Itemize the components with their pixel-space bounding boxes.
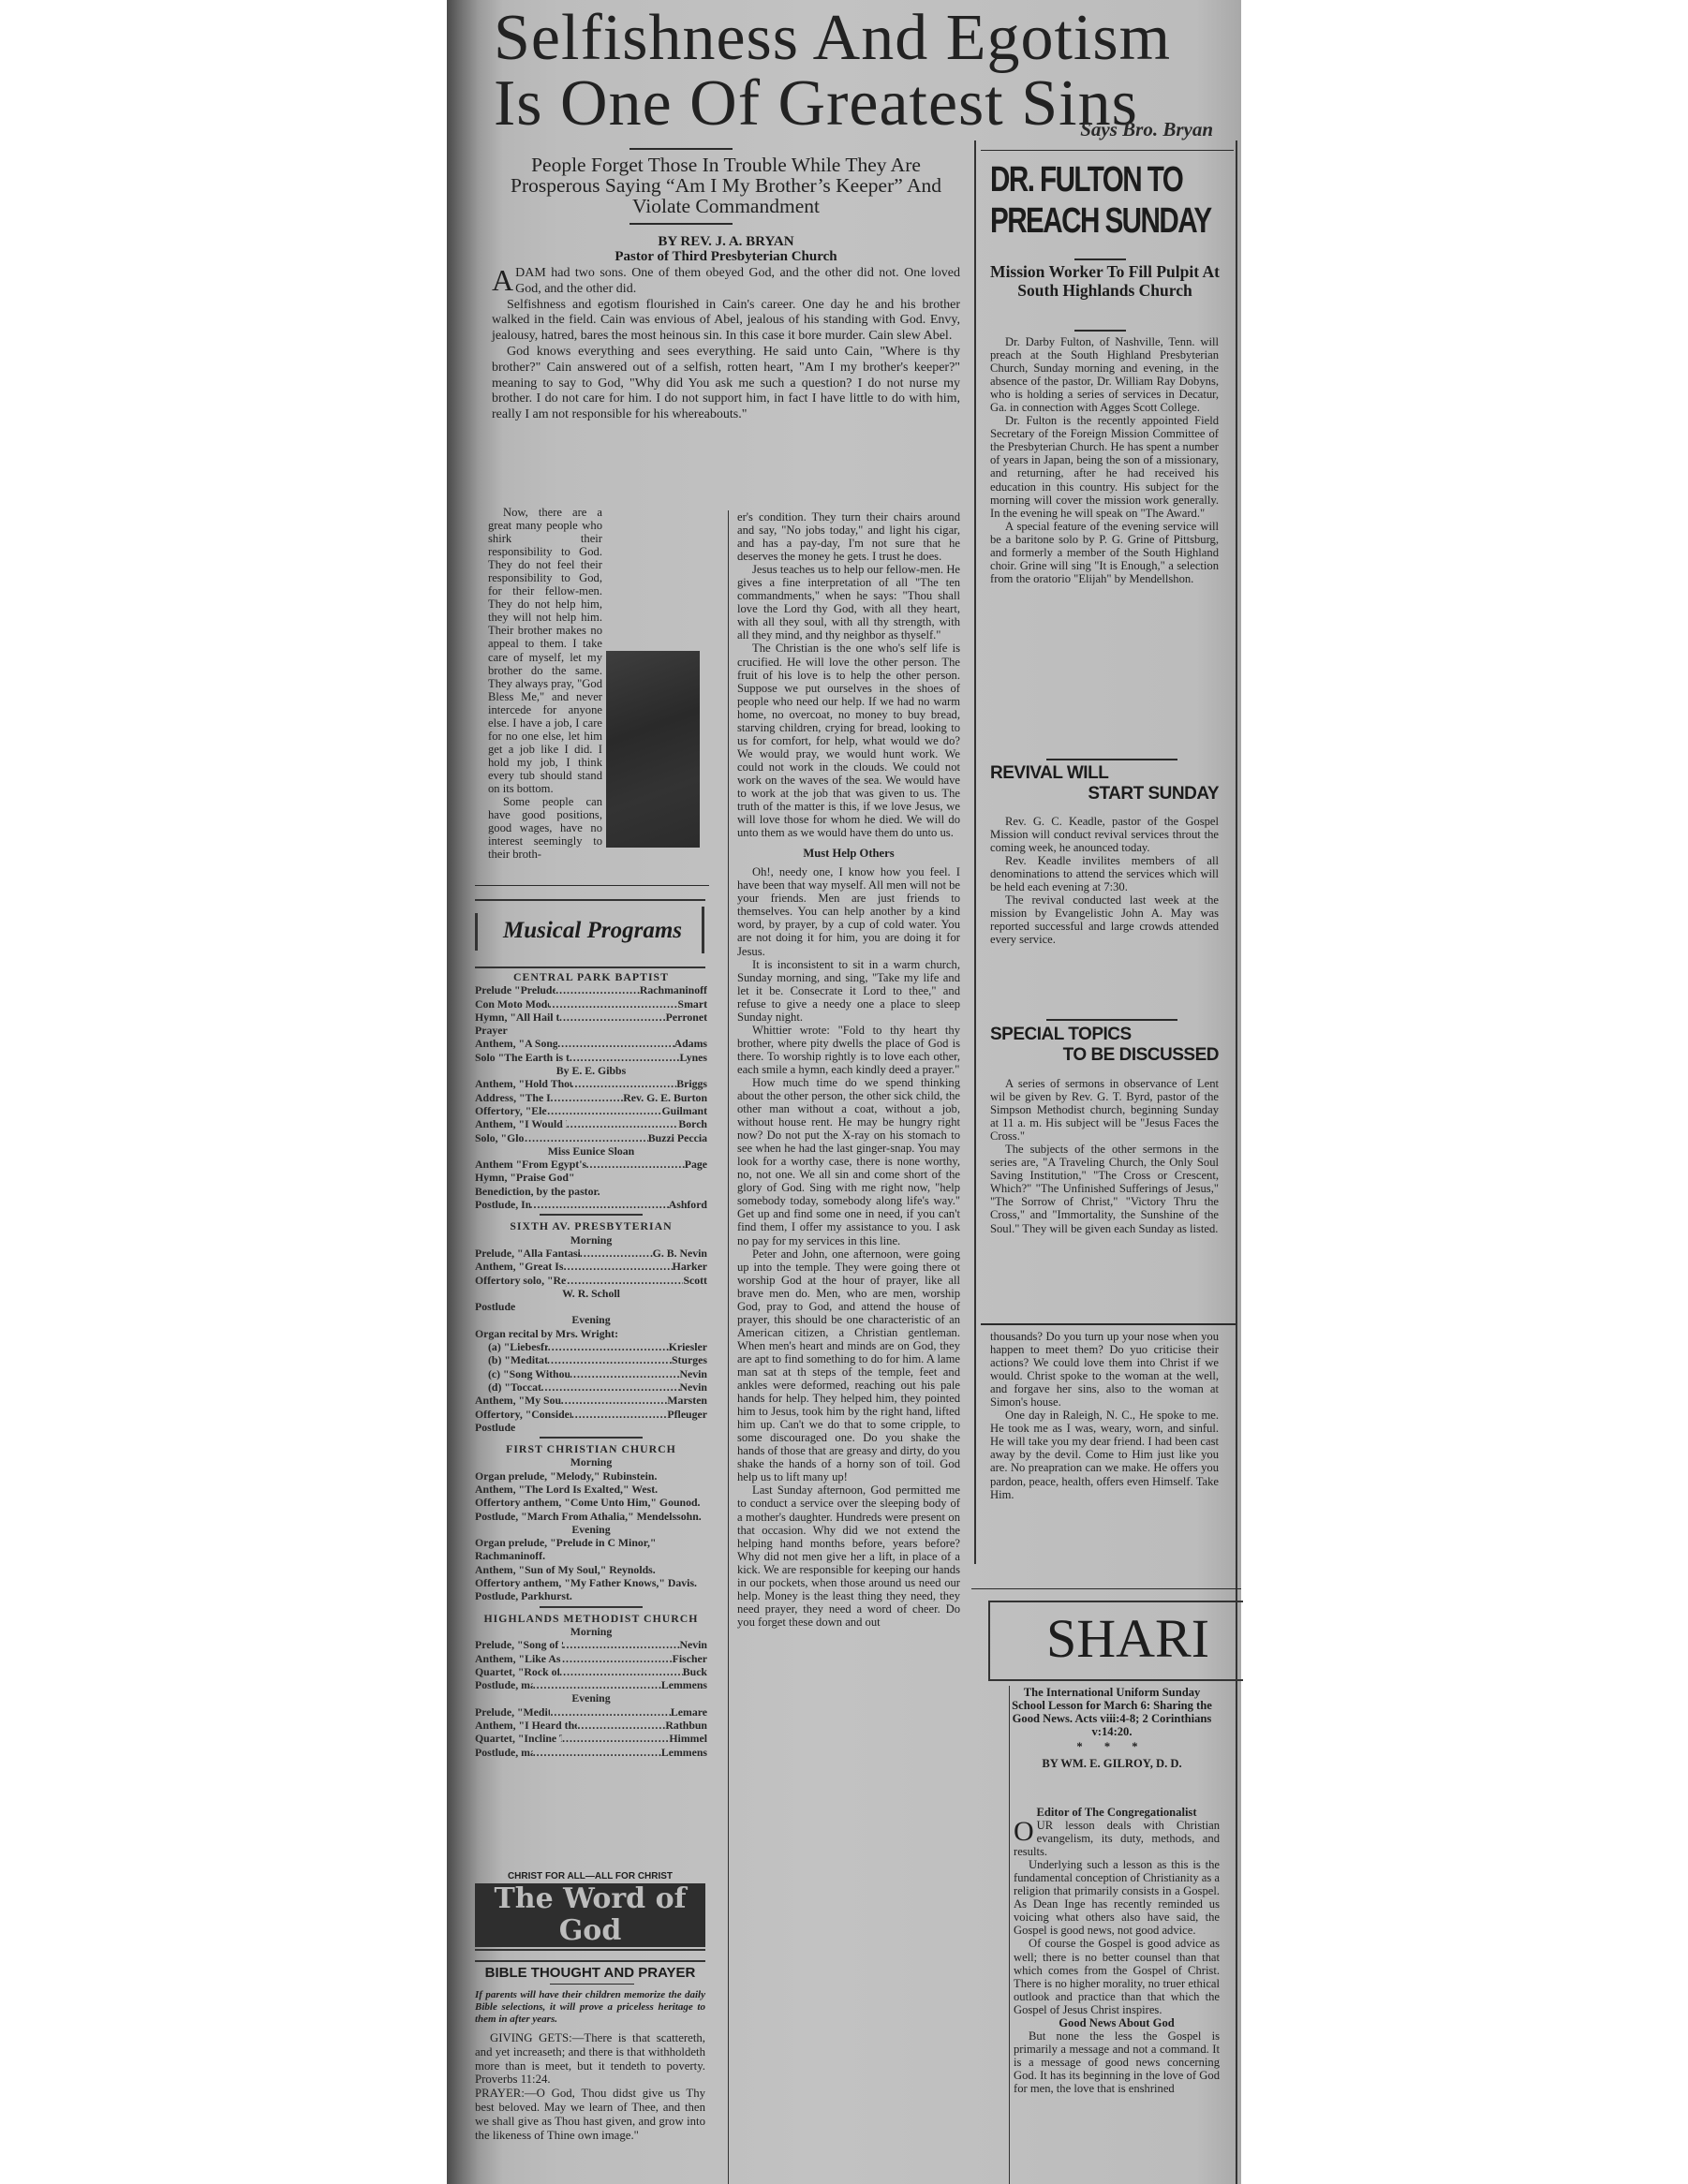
program-item: Offertory, "Consider and Hear Me" ......… xyxy=(475,1408,707,1421)
program-piece: Hymn, "All Hail the Power" xyxy=(475,1011,559,1024)
program-composer: Kriesler xyxy=(669,1340,707,1353)
program-piece: Prelude, "Alla Fantasia" from the Sonata… xyxy=(475,1247,580,1260)
main-story-byline: BY REV. J. A. BRYAN Pastor of Third Pres… xyxy=(492,234,960,264)
program-piece: Postlude xyxy=(475,1300,515,1313)
leader-dots: ........................................… xyxy=(541,1380,680,1394)
topics-headline-line2: TO BE DISCUSSED xyxy=(990,1045,1219,1066)
paragraph: er's condition. They turn their chairs a… xyxy=(737,510,960,563)
program-composer: Lemmens xyxy=(661,1746,707,1759)
program-composer: Rathbun xyxy=(665,1719,707,1732)
program-item: Organ prelude, "Melody," Rubinstein. xyxy=(475,1469,707,1483)
program-item: (c) "Song Without Words" ...............… xyxy=(475,1367,707,1380)
lesson-body: Editor of The Congregationalist O UR les… xyxy=(1014,1806,1220,2095)
leader-dots: ........................................… xyxy=(557,1037,674,1050)
program-composer: Nevin xyxy=(680,1638,708,1651)
program-item: Postlude, In C .........................… xyxy=(475,1198,707,1211)
leader-dots: ........................................… xyxy=(567,1117,679,1130)
column-rule xyxy=(1236,140,1237,2184)
program-composer: Lemare xyxy=(671,1705,707,1719)
program-piece: Quartet, "Rock of Ages" xyxy=(475,1665,559,1678)
program-item: Anthem, "Great Is the Lord" ............… xyxy=(475,1260,707,1273)
paragraph: A special feature of the evening service… xyxy=(990,520,1219,585)
program-piece: Anthem, "The Lord Is Exalted," West. xyxy=(475,1483,658,1496)
paragraph: It is inconsistent to sit in a warm chur… xyxy=(737,958,960,1024)
author-portrait-photo xyxy=(606,651,700,848)
program-piece: Anthem, "Sun of My Soul," Reynolds. xyxy=(475,1563,656,1576)
leader-dots: ........................................… xyxy=(530,1198,669,1211)
paragraph: Rev. G. C. Keadle, pastor of the Gospel … xyxy=(990,815,1219,854)
program-item: Solo "The Earth is the Lord's" .........… xyxy=(475,1051,707,1064)
paragraph: The subjects of the other sermons in the… xyxy=(990,1143,1219,1234)
paragraph: UR lesson deals with Christian evangelis… xyxy=(1014,1819,1220,1858)
main-headline: Selfishness And Egotism Is One Of Greate… xyxy=(494,6,1234,137)
divider xyxy=(971,1588,1241,1589)
program-piece: Anthem, "Like As the Hart" xyxy=(475,1652,562,1665)
program-item: Postlude, Parkhurst. xyxy=(475,1589,707,1602)
program-piece: Prelude, "Song of Sorrow" xyxy=(475,1638,563,1651)
church-name: CENTRAL PARK BAPTIST xyxy=(475,970,707,983)
program-item: Anthem, "Hold Thou My Hand" ............… xyxy=(475,1077,707,1090)
divider xyxy=(540,1214,643,1216)
program-piece: Organ prelude, "Melody," Rubinstein. xyxy=(475,1469,657,1483)
divider xyxy=(1046,759,1177,760)
leader-dots: ........................................… xyxy=(550,1705,670,1719)
sunday-school-banner: SHARI xyxy=(1046,1603,1209,1675)
divider xyxy=(540,1606,643,1608)
lesson-header: The International Uniform Sunday School … xyxy=(1009,1686,1215,1770)
paragraph: Dr. Fulton is the recently appointed Fie… xyxy=(990,414,1219,519)
program-piece: Offertory, "Elevation" xyxy=(475,1104,547,1117)
program-piece: Address, "The Importance of Music" xyxy=(475,1091,551,1104)
program-item: Prelude, "Alla Fantasia" from the Sonata… xyxy=(475,1247,707,1260)
program-composer: Rev. G. E. Burton xyxy=(623,1091,707,1104)
musical-programs-title: Musical Programs xyxy=(503,918,682,944)
paragraph: But none the less the Gospel is primaril… xyxy=(1014,2029,1220,2095)
paragraph: One day in Raleigh, N. C., He spoke to m… xyxy=(990,1409,1219,1500)
fulton-body: Dr. Darby Fulton, of Nashville, Tenn. wi… xyxy=(990,335,1219,585)
church-name: SIXTH AV. PRESBYTERIAN xyxy=(475,1219,707,1232)
bible-thought-intro: If parents will have their children memo… xyxy=(475,1989,705,2026)
program-composer: Lynes xyxy=(679,1051,707,1064)
leader-dots: ........................................… xyxy=(547,1353,672,1366)
separator: * * * xyxy=(1009,1740,1215,1753)
program-piece: Offertory anthem, "Come Unto Him," Gouno… xyxy=(475,1496,701,1509)
paragraph: God knows everything and sees everything… xyxy=(492,345,960,423)
divider xyxy=(629,223,733,225)
program-piece: Solo, "Gloria" xyxy=(475,1131,525,1144)
masthead-subline xyxy=(475,1949,705,1962)
program-piece: Anthem, "Hold Thou My Hand" xyxy=(475,1077,571,1090)
word-of-god-tagline: CHRIST FOR ALL—ALL FOR CHRIST xyxy=(475,1871,705,1881)
program-item: (a) "Liebesfreud" ......................… xyxy=(475,1340,707,1353)
program-item: Offertory solo, "Repent Ye," ...........… xyxy=(475,1274,707,1287)
program-piece: Organ prelude, "Prelude in C Minor," Rac… xyxy=(475,1536,707,1563)
revival-headline-line2: START SUNDAY xyxy=(990,784,1219,804)
leader-dots: ........................................… xyxy=(586,1158,685,1171)
paragraph: A series of sermons in observance of Len… xyxy=(990,1077,1219,1143)
program-item: Anthem, "I Would Be Thine" .............… xyxy=(475,1117,707,1130)
leader-dots: ........................................… xyxy=(549,997,678,1011)
program-item: Postlude, march ........................… xyxy=(475,1678,707,1691)
main-headline-line1: Selfishness And Egotism xyxy=(494,6,1234,71)
program-item: Benediction, by the pastor. xyxy=(475,1185,707,1198)
paragraph: How much time do we spend thinking about… xyxy=(737,1076,960,1247)
topics-headline: SPECIAL TOPICS TO BE DISCUSSED xyxy=(990,1025,1219,1066)
program-piece: Anthem, "A Song of Joy" xyxy=(475,1037,557,1050)
musical-programs-list: CENTRAL PARK BAPTISTPrelude "Prelude C S… xyxy=(475,970,707,1759)
program-piece: Solo "The Earth is the Lord's" xyxy=(475,1051,570,1064)
leader-dots: ........................................… xyxy=(551,1091,624,1104)
program-item: Postlude xyxy=(475,1300,707,1313)
bible-thought-body: GIVING GETS:—There is that scattereth, a… xyxy=(475,2031,705,2142)
program-item: Con Moto Moderato ......................… xyxy=(475,997,707,1011)
main-story-continued: thousands? Do you turn up your nose when… xyxy=(990,1330,1219,1501)
drop-cap: A xyxy=(492,266,513,294)
lesson-byline-title: Editor of The Congregationalist xyxy=(1014,1806,1220,1819)
leader-dots: ........................................… xyxy=(533,1678,661,1691)
program-piece: Anthem, "My Soul Longeth" xyxy=(475,1394,561,1407)
revival-headline: REVIVAL WILL START SUNDAY xyxy=(990,763,1219,804)
program-composer: Adams xyxy=(674,1037,707,1050)
leader-dots: ........................................… xyxy=(570,1051,680,1064)
program-composer: Nevin xyxy=(680,1380,708,1394)
topics-headline-line1: SPECIAL TOPICS xyxy=(990,1025,1219,1045)
program-item: Address, "The Importance of Music" .....… xyxy=(475,1091,707,1104)
program-composer: Buzzi Peccia xyxy=(648,1131,707,1144)
divider xyxy=(981,1323,1236,1325)
leader-dots: ........................................… xyxy=(555,983,640,996)
divider xyxy=(1046,1019,1177,1021)
program-piece: Postlude, march xyxy=(475,1678,533,1691)
paragraph: Jesus teaches us to help our fellow-men.… xyxy=(737,563,960,642)
leader-dots: ........................................… xyxy=(577,1719,665,1732)
program-piece: Offertory, "Consider and Hear Me" xyxy=(475,1408,571,1421)
program-composer: Lemmens xyxy=(661,1678,707,1691)
divider xyxy=(981,150,1234,151)
paragraph: The revival conducted last week at the m… xyxy=(990,893,1219,946)
bible-thought-prayer: PRAYER:—O God, Thou didst give us Thy be… xyxy=(475,2087,705,2142)
program-piece: (c) "Song Without Words" xyxy=(488,1367,570,1380)
program-item: Anthem "From Egypt's Bondage Come" .....… xyxy=(475,1158,707,1171)
program-composer: Scott xyxy=(683,1274,707,1287)
main-story-col-middle: er's condition. They turn their chairs a… xyxy=(737,510,960,1629)
lesson-title: The International Uniform Sunday School … xyxy=(1009,1686,1215,1738)
program-composer: G. B. Nevin xyxy=(653,1247,707,1260)
divider xyxy=(540,1437,643,1439)
program-item: (d) "Toccata" ..........................… xyxy=(475,1380,707,1394)
box-ornament xyxy=(702,907,704,953)
program-composer: Marsten xyxy=(667,1394,707,1407)
program-composer: Fischer xyxy=(673,1652,707,1665)
paragraph: Of course the Gospel is good advice as w… xyxy=(1014,1937,1220,2015)
bible-thought-title: BIBLE THOUGHT AND PRAYER xyxy=(475,1965,705,1981)
program-piece: (b) "Meditation" xyxy=(488,1353,547,1366)
bible-thought-verse: GIVING GETS:—There is that scattereth, a… xyxy=(475,2031,705,2087)
word-of-god-box: CHRIST FOR ALL—ALL FOR CHRIST The Word o… xyxy=(475,1871,705,2142)
program-item: Anthem, "The Lord Is Exalted," West. xyxy=(475,1483,707,1496)
main-story-lede: A DAM had two sons. One of them obeyed G… xyxy=(492,266,960,423)
divider xyxy=(1074,330,1126,332)
program-composer: Sturges xyxy=(672,1353,707,1366)
church-name: FIRST CHRISTIAN CHURCH xyxy=(475,1442,707,1455)
program-piece: Organ recital by Mrs. Wright: xyxy=(475,1327,618,1340)
program-performer: Miss Eunice Sloan xyxy=(475,1144,707,1158)
program-item: Offertory, "Elevation" .................… xyxy=(475,1104,707,1117)
leader-dots: ........................................… xyxy=(562,1732,669,1745)
program-item: Postlude, "March From Athalia," Mendelss… xyxy=(475,1510,707,1523)
paragraph: Last Sunday afternoon, God permitted me … xyxy=(737,1483,960,1629)
program-composer: Nevin xyxy=(680,1367,708,1380)
program-composer: Buck xyxy=(683,1665,707,1678)
paragraph: Peter and John, one afternoon, were goin… xyxy=(737,1247,960,1484)
program-piece: Prelude, "Meditation" xyxy=(475,1705,550,1719)
leader-dots: ........................................… xyxy=(559,1665,683,1678)
program-composer: Smart xyxy=(678,997,707,1011)
fulton-headline-line2: PREACH SUNDAY xyxy=(990,200,1224,242)
headline-kicker: Says Bro. Bryan xyxy=(1080,118,1213,141)
program-item: Postlude xyxy=(475,1421,707,1434)
paragraph: Underlying such a lesson as this is the … xyxy=(1014,1858,1220,1937)
paragraph: Rev. Keadle invilites members of all den… xyxy=(990,854,1219,893)
program-piece: Postlude, Parkhurst. xyxy=(475,1589,572,1602)
program-item: Anthem, "My Soul Longeth" ..............… xyxy=(475,1394,707,1407)
newspaper-page: Selfishness And Egotism Is One Of Greate… xyxy=(447,0,1241,2184)
program-composer: Himmel xyxy=(669,1732,707,1745)
paragraph: DAM had two sons. One of them obeyed God… xyxy=(492,266,960,298)
program-composer: Guilmant xyxy=(661,1104,707,1117)
program-item: Organ recital by Mrs. Wright: xyxy=(475,1327,707,1340)
topics-body: A series of sermons in observance of Len… xyxy=(990,1077,1219,1235)
program-item: Quartet, "Incline Thine Ear" ...........… xyxy=(475,1732,707,1745)
program-piece: Benediction, by the pastor. xyxy=(475,1185,600,1198)
divider xyxy=(629,148,733,150)
subhead-must-help-others: Must Help Others xyxy=(737,847,960,860)
program-composer: Briggs xyxy=(676,1077,707,1090)
word-of-god-masthead: The Word of God xyxy=(475,1883,705,1947)
divider xyxy=(475,885,709,886)
program-piece: Postlude, "March From Athalia," Mendelss… xyxy=(475,1510,702,1523)
lesson-subhead: Good News About God xyxy=(1014,2016,1220,2029)
divider xyxy=(550,1984,634,1985)
session-label: Evening xyxy=(475,1313,707,1326)
program-piece: Anthem, "I Would Be Thine" xyxy=(475,1117,567,1130)
program-piece: Prelude "Prelude C Sharp Minor" xyxy=(475,983,555,996)
leader-dots: ........................................… xyxy=(580,1247,653,1260)
paragraph: Oh!, needy one, I know how you feel. I h… xyxy=(737,865,960,957)
leader-dots: ........................................… xyxy=(533,1746,661,1759)
program-piece: Prayer xyxy=(475,1024,508,1037)
program-piece: Quartet, "Incline Thine Ear" xyxy=(475,1732,562,1745)
leader-dots: ........................................… xyxy=(548,1340,669,1353)
fulton-headline-line1: DR. FULTON TO xyxy=(990,159,1224,200)
byline-author: BY REV. J. A. BRYAN xyxy=(492,234,960,249)
program-composer: Harker xyxy=(673,1260,707,1273)
program-piece: Con Moto Moderato xyxy=(475,997,549,1011)
leader-dots: ........................................… xyxy=(564,1260,673,1273)
program-piece: Anthem, "Great Is the Lord" xyxy=(475,1260,564,1273)
fulton-deck: Mission Worker To Fill Pulpit At South H… xyxy=(990,262,1220,300)
program-item: Offertory anthem, "Come Unto Him," Gouno… xyxy=(475,1496,707,1509)
paragraph: The Christian is the one who's self life… xyxy=(737,642,960,839)
program-piece: Postlude, In C xyxy=(475,1198,530,1211)
session-label: Evening xyxy=(475,1691,707,1704)
program-piece: Postlude xyxy=(475,1421,515,1434)
byline-title: Pastor of Third Presbyterian Church xyxy=(492,249,960,264)
program-item: Anthem, "Sun of My Soul," Reynolds. xyxy=(475,1563,707,1576)
leader-dots: ........................................… xyxy=(525,1131,648,1144)
leader-dots: ........................................… xyxy=(570,1367,679,1380)
program-item: Organ prelude, "Prelude in C Minor," Rac… xyxy=(475,1536,707,1563)
revival-headline-line1: REVIVAL WILL xyxy=(990,763,1219,784)
program-item: Anthem, "A Song of Joy" ................… xyxy=(475,1037,707,1050)
program-item: Anthem, "Like As the Hart" .............… xyxy=(475,1652,707,1665)
program-piece: Hymn, "Praise God" xyxy=(475,1171,575,1184)
box-ornament xyxy=(475,913,478,951)
program-item: Hymn, "All Hail the Power" .............… xyxy=(475,1011,707,1024)
paragraph: Whittier wrote: "Fold to thy heart thy b… xyxy=(737,1024,960,1076)
program-item: Anthem, "I Heard the Voice of Jesus Say"… xyxy=(475,1719,707,1732)
program-item: Prelude, "Meditation" ..................… xyxy=(475,1705,707,1719)
paragraph: Selfishness and egotism flourished in Ca… xyxy=(492,298,960,345)
session-label: Morning xyxy=(475,1455,707,1468)
program-item: Prayer xyxy=(475,1024,707,1037)
leader-dots: ........................................… xyxy=(547,1104,661,1117)
leader-dots: ........................................… xyxy=(571,1408,668,1421)
program-item: Quartet, "Rock of Ages" ................… xyxy=(475,1665,707,1678)
program-composer: Rachmaninoff xyxy=(640,983,707,996)
leader-dots: ........................................… xyxy=(563,1638,680,1651)
main-story-deck: People Forget Those In Trouble While The… xyxy=(492,155,960,216)
church-name: HIGHLANDS METHODIST CHURCH xyxy=(475,1612,707,1625)
session-label: Evening xyxy=(475,1523,707,1536)
program-item: Hymn, "Praise God" xyxy=(475,1171,707,1184)
leader-dots: ........................................… xyxy=(559,1011,666,1024)
drop-cap: O xyxy=(1014,1819,1034,1845)
program-performer: W. R. Scholl xyxy=(475,1287,707,1300)
paragraph: thousands? Do you turn up your nose when… xyxy=(990,1330,1219,1409)
program-item: Postlude, march ........................… xyxy=(475,1746,707,1759)
program-piece: Anthem, "I Heard the Voice of Jesus Say" xyxy=(475,1719,577,1732)
leader-dots: ........................................… xyxy=(561,1394,668,1407)
program-piece: Postlude, march xyxy=(475,1746,533,1759)
column-rule xyxy=(728,510,729,2184)
program-piece: Anthem "From Egypt's Bondage Come" xyxy=(475,1158,586,1171)
program-item: Prelude, "Song of Sorrow" ..............… xyxy=(475,1638,707,1651)
column-rule xyxy=(974,140,976,1564)
program-item: Prelude "Prelude C Sharp Minor" ........… xyxy=(475,983,707,996)
program-item: Solo, "Gloria" .........................… xyxy=(475,1131,707,1144)
session-label: Morning xyxy=(475,1233,707,1247)
revival-body: Rev. G. C. Keadle, pastor of the Gospel … xyxy=(990,815,1219,946)
session-label: Morning xyxy=(475,1625,707,1638)
lesson-byline: BY WM. E. GILROY, D. D. xyxy=(1009,1757,1215,1770)
leader-dots: ........................................… xyxy=(571,1077,677,1090)
program-piece: (d) "Toccata" xyxy=(488,1380,541,1394)
program-item: Offertory anthem, "My Father Knows," Dav… xyxy=(475,1576,707,1589)
divider xyxy=(1074,258,1126,260)
program-piece: (a) "Liebesfreud" xyxy=(488,1340,548,1353)
program-composer: Borch xyxy=(678,1117,707,1130)
program-performer: By E. E. Gibbs xyxy=(475,1064,707,1077)
program-composer: Perronet xyxy=(666,1011,707,1024)
fulton-headline: DR. FULTON TO PREACH SUNDAY xyxy=(990,159,1224,242)
program-composer: Pfleuger xyxy=(667,1408,707,1421)
leader-dots: ........................................… xyxy=(567,1274,683,1287)
program-composer: Page xyxy=(685,1158,707,1171)
paragraph: Dr. Darby Fulton, of Nashville, Tenn. wi… xyxy=(990,335,1219,414)
leader-dots: ........................................… xyxy=(562,1652,673,1665)
program-composer: Ashford xyxy=(669,1198,707,1211)
program-piece: Offertory solo, "Repent Ye," xyxy=(475,1274,567,1287)
program-piece: Offertory anthem, "My Father Knows," Dav… xyxy=(475,1576,697,1589)
program-item: (b) "Meditation" .......................… xyxy=(475,1353,707,1366)
